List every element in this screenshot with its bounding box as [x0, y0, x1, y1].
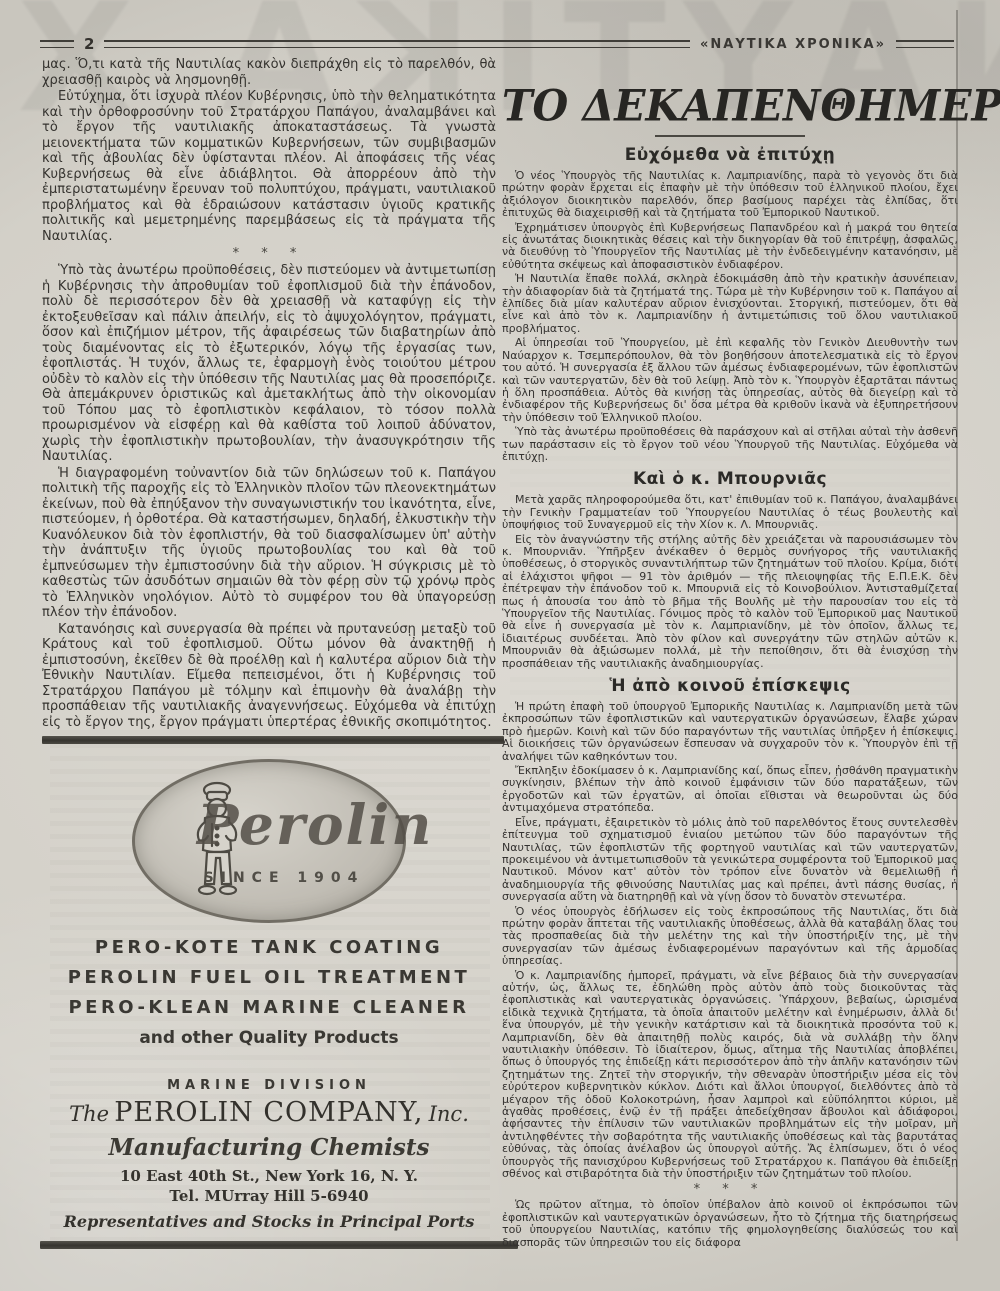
masthead-title: «ΝΑΥΤΙΚΑ ΧΡΟΝΙΚΑ» [700, 37, 886, 52]
header-rule-left [40, 40, 74, 48]
asterisk-separator: * * * [42, 247, 496, 261]
section-heading: Εὐχόμεθα νὰ ἐπιτύχῃ [502, 145, 958, 165]
editorial-paragraph: Εὐτύχημα, ὅτι ἰσχυρὰ πλέον Κυβέρνησις, ὑ… [42, 89, 496, 244]
ad-division-label: MARINE DIVISION [42, 1078, 496, 1093]
title-underline [655, 135, 805, 137]
ad-company-name: The PEROLIN COMPANY, Inc. [42, 1097, 496, 1128]
editorial-paragraph: Ὑπὸ τὰς ἀνωτέρω προϋποθέσεις, δὲν πιστεύ… [42, 263, 496, 465]
column-paragraph: Αἱ ὑπηρεσίαι τοῦ Ὑπουργείου, μὲ ἐπὶ κεφα… [502, 337, 958, 424]
ad-product-line: PEROLIN FUEL OIL TREATMENT [42, 967, 496, 988]
company-suffix: Inc. [429, 1102, 469, 1126]
column-paragraph: Ὁ νέος ὑπουργὸς ἐδήλωσεν εἰς τοὺς ἐκπροσ… [502, 906, 958, 968]
column-paragraph: Ἡ πρώτη ἐπαφὴ τοῦ ὑπουργοῦ Ἐμπορικῆς Ναυ… [502, 701, 958, 763]
page-header: 2 «ΝΑΥΤΙΚΑ ΧΡΟΝΙΚΑ» [40, 36, 954, 52]
section-heading: Ἡ ἀπὸ κοινοῦ ἐπίσκεψις [502, 676, 958, 696]
ad-address: 10 East 40th St., New York 16, N. Y. [42, 1167, 496, 1185]
ad-bottom-rule [40, 1241, 518, 1249]
ad-phone: Tel. MUrray Hill 5-6940 [42, 1187, 496, 1205]
editorial-paragraph: μας. Ὅ,τι κατὰ τῆς Ναυτιλίας κακὸν διεπρ… [42, 57, 496, 88]
column-title: ΤΟ ΔΕΚΑΠΕΝΘΗΜΕΡΟΝ [502, 83, 958, 129]
editorial-paragraph: Ἡ διαγραφομένη τοὐναντίον διὰ τῶν δηλώσε… [42, 466, 496, 621]
header-rule-right [896, 40, 954, 48]
editorial-paragraph: Κατανόησις καὶ συνεργασία θὰ πρέπει νὰ π… [42, 622, 496, 731]
left-column: μας. Ὅ,τι κατὰ τῆς Ναυτιλίας κακὸν διεπρ… [42, 57, 496, 1249]
ad-subtitle: Manufacturing Chemists [42, 1134, 496, 1161]
right-column: ΤΟ ΔΕΚΑΠΕΝΘΗΜΕΡΟΝ Εὐχόμεθα νὰ ἐπιτύχῃ Ὁ … [502, 84, 958, 1251]
column-paragraph: Ἡ Ναυτιλία ἔπαθε πολλά, σκληρὰ ἐδοκιμάσθ… [502, 273, 958, 335]
column-paragraph: Ἐχρημάτισεν ὑπουργὸς ἐπὶ Κυβερνήσεως Παπ… [502, 222, 958, 272]
since-1904-text: SINCE 1904 [135, 870, 433, 886]
perolin-script-text: Perolin [197, 792, 433, 857]
column-paragraph: Ὡς πρῶτον αἴτημα, τὸ ὁποῖον ὑπέβαλον ἀπὸ… [502, 1199, 958, 1249]
column-paragraph: Μετὰ χαρᾶς πληροφορούμεθα ὅτι, κατ' ἐπιθ… [502, 494, 958, 531]
ad-footer-line: Representatives and Stocks in Principal … [42, 1212, 496, 1231]
company-prefix: The [69, 1102, 109, 1126]
column-paragraph: Ὑπὸ τὰς ἀνωτέρω προϋποθέσεις θὰ παράσχου… [502, 426, 958, 463]
asterisk-separator: * * * [502, 1183, 958, 1197]
company-main: PEROLIN COMPANY, [114, 1097, 423, 1128]
column-paragraph: Ὁ κ. Λαμπριανίδης ἠμπορεῖ, πράγματι, νὰ … [502, 970, 958, 1181]
perolin-advertisement: Perolin SINCE 1904 PERO-KOTE TANK COATIN… [42, 759, 496, 1249]
ad-product-line: PERO-KLEAN MARINE CLEANER [42, 997, 496, 1018]
magazine-page-scan: ΝΑΥΤΙΚΑ ΧΡΟΝΙΚΑ 2 «ΝΑΥΤΙΚΑ ΧΡΟΝΙΚΑ» μας.… [0, 0, 1000, 1291]
column-paragraph: Ἔκπληξιν ἐδοκίμασεν ὁ κ. Λαμπριανίδης κα… [502, 765, 958, 815]
column-paragraph: Εἰς τὸν ἀναγνώστην τῆς στήλης αὐτῆς δὲν … [502, 534, 958, 670]
column-paragraph: Εἶνε, πράγματι, ἐξαιρετικὸν τὸ μόλις ἀπὸ… [502, 817, 958, 904]
page-number: 2 [84, 35, 94, 53]
section-heading: Καὶ ὁ κ. Μπουρνιᾶς [502, 469, 958, 489]
header-rule-center [104, 40, 690, 48]
column-paragraph: Ὁ νέος Ὑπουργὸς τῆς Ναυτιλίας κ. Λαμπρια… [502, 170, 958, 220]
ad-product-line: PERO-KOTE TANK COATING [42, 937, 496, 958]
section-divider-rule [42, 736, 504, 744]
ad-tagline: and other Quality Products [42, 1028, 496, 1048]
perolin-logo: Perolin SINCE 1904 [132, 759, 406, 923]
